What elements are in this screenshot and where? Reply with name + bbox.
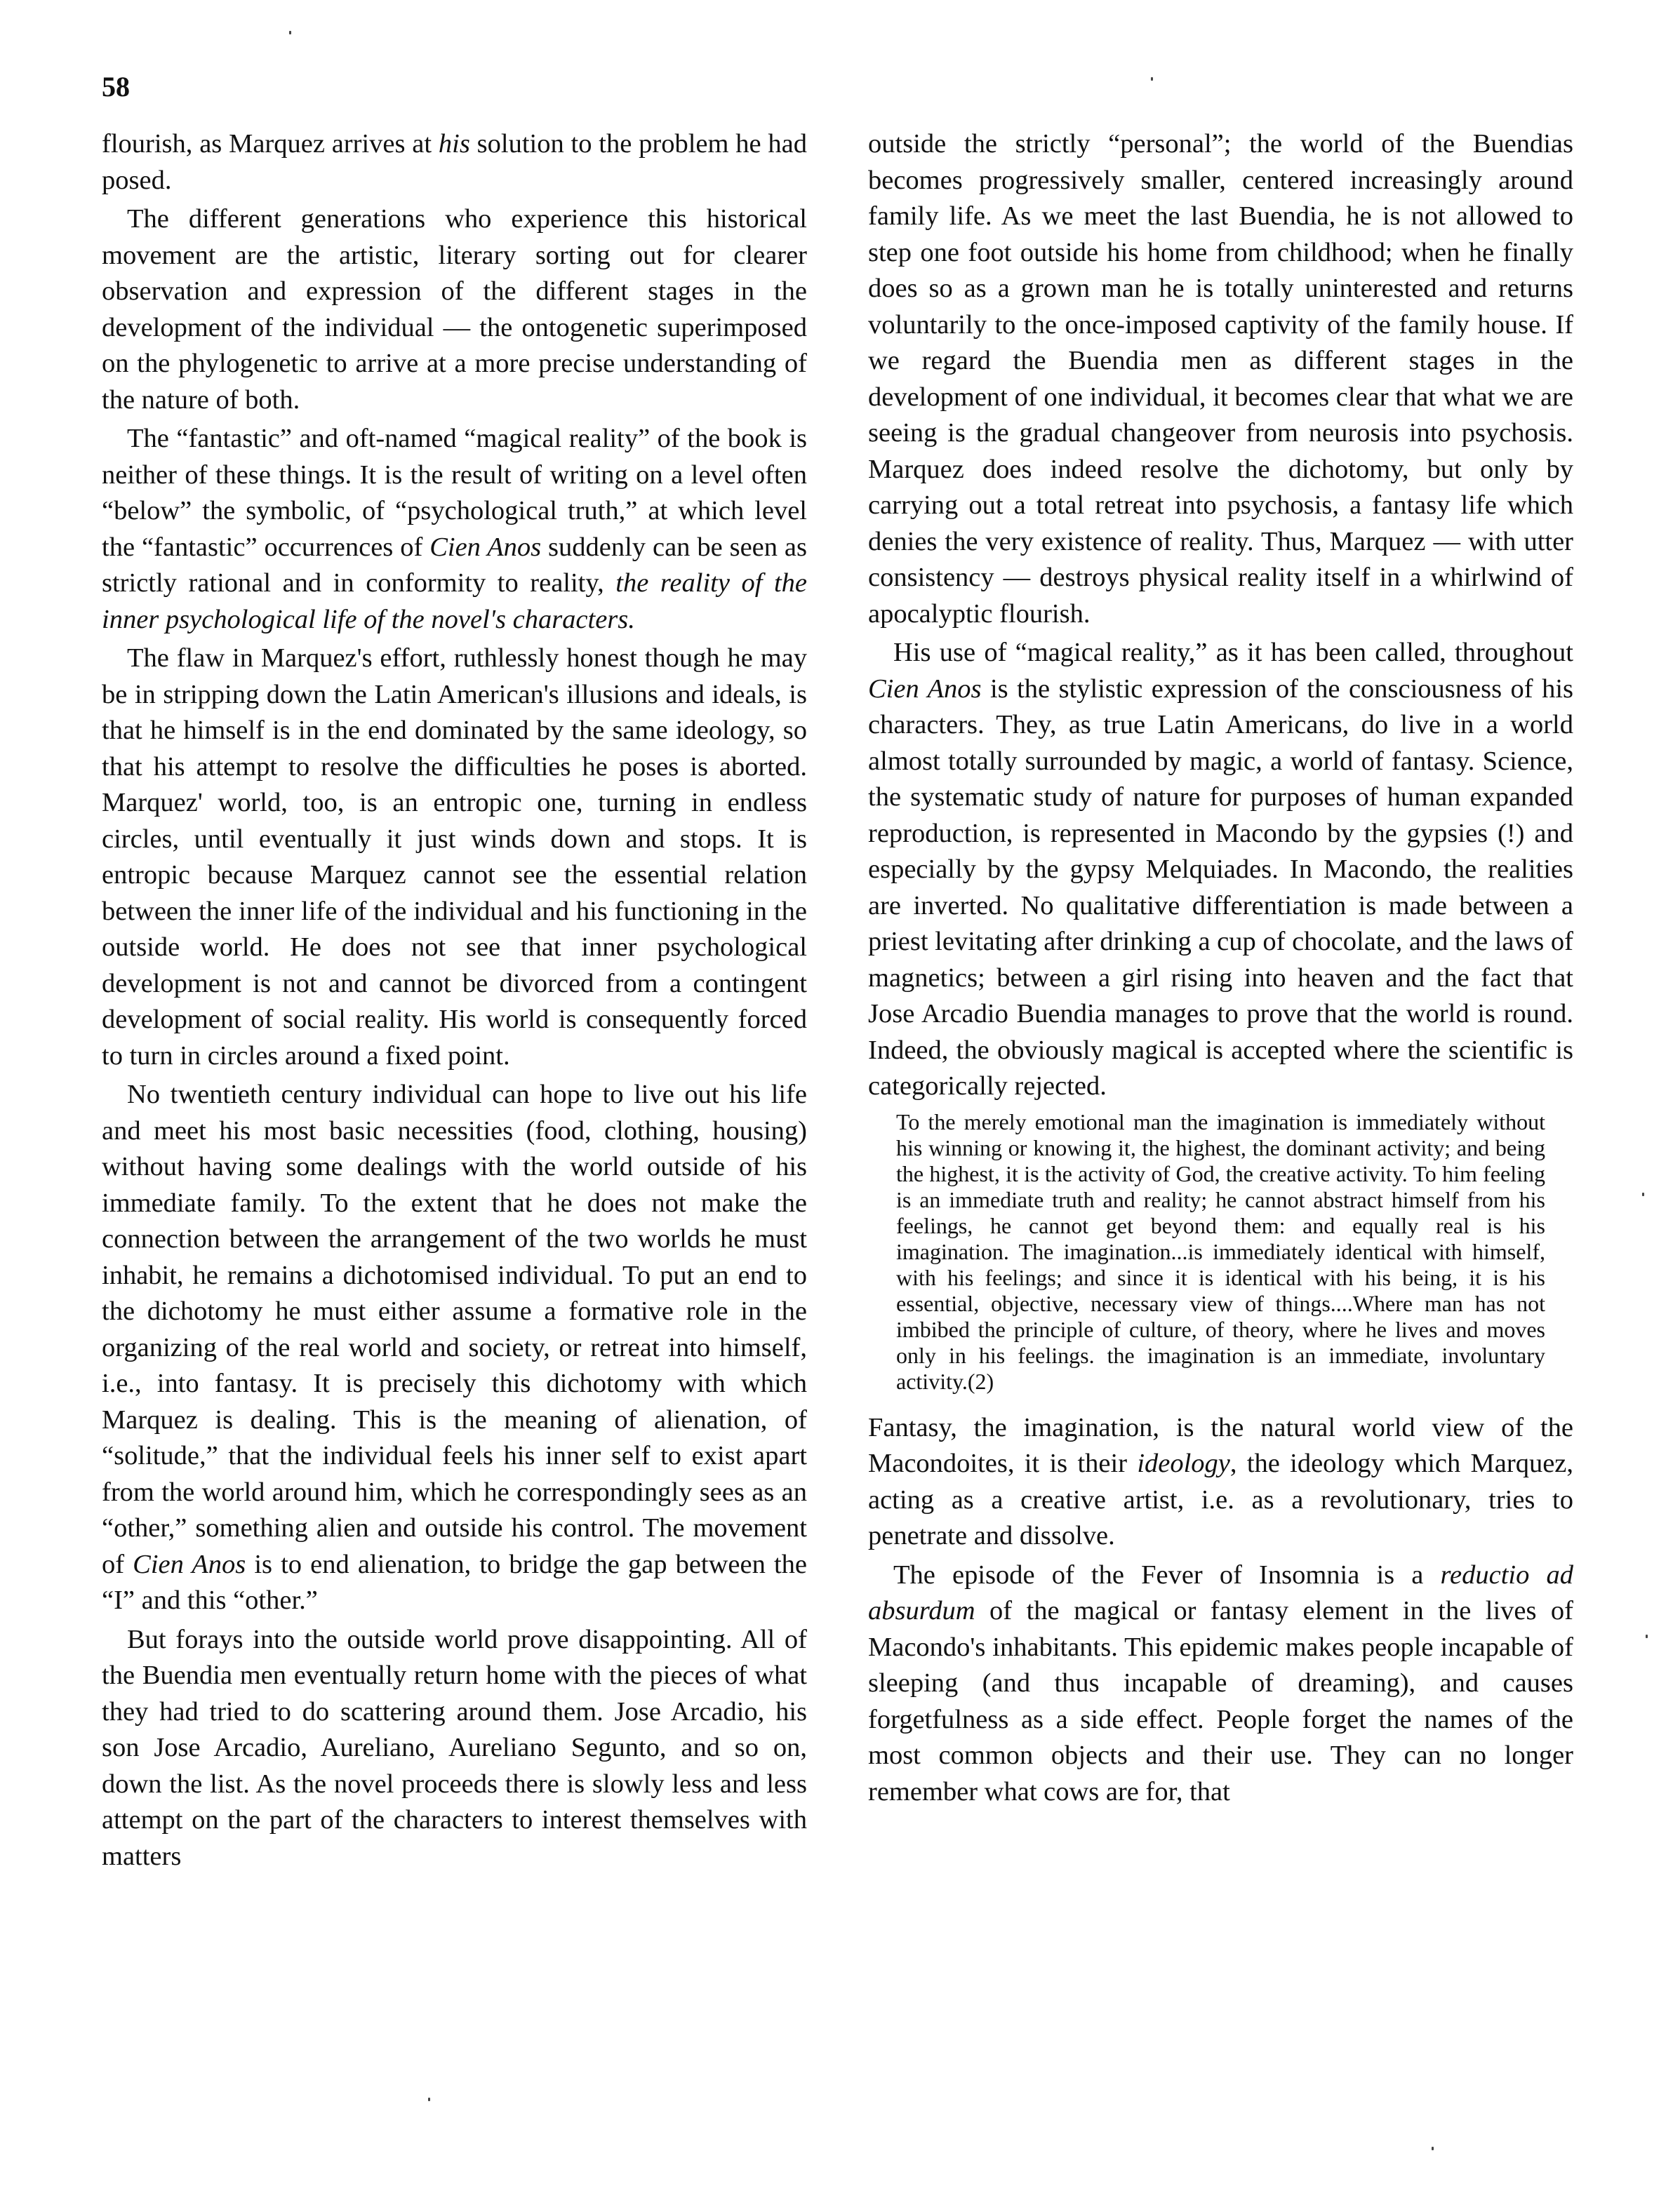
scan-speck bbox=[1646, 1635, 1648, 1638]
page-number: 58 bbox=[102, 70, 130, 104]
paragraph: But forays into the outside world prove … bbox=[102, 1622, 807, 1875]
right-column: outside the strictly “personal”; the wor… bbox=[868, 126, 1573, 1813]
scan-speck bbox=[1642, 1193, 1644, 1196]
text-run: His use of “magical reality,” as it has … bbox=[893, 638, 1573, 667]
text-run: flourish, as Marquez arrives at bbox=[102, 129, 439, 159]
text-run: No twentieth century individual can hope… bbox=[102, 1080, 807, 1579]
paragraph: His use of “magical reality,” as it has … bbox=[868, 635, 1573, 1105]
paragraph: The different generations who experience… bbox=[102, 201, 807, 418]
scan-speck bbox=[1432, 2147, 1434, 2150]
paragraph: No twentieth century individual can hope… bbox=[102, 1077, 807, 1619]
text-run: is the stylistic expression of the consc… bbox=[868, 674, 1573, 1101]
text-run: The episode of the Fever of Insomnia is … bbox=[893, 1560, 1441, 1590]
paragraph: flourish, as Marquez arrives at his solu… bbox=[102, 126, 807, 199]
paragraph: The “fantastic” and oft-named “magical r… bbox=[102, 421, 807, 638]
italic-text: Cien Anos bbox=[429, 532, 541, 562]
paragraph: Fantasy, the imagination, is the natural… bbox=[868, 1410, 1573, 1555]
scan-speck bbox=[1151, 77, 1153, 81]
italic-text: Cien Anos bbox=[868, 674, 981, 704]
scan-speck bbox=[428, 2098, 430, 2101]
paragraph: The flaw in Marquez's effort, ruthlessly… bbox=[102, 641, 807, 1074]
scan-speck bbox=[289, 31, 291, 34]
paragraph: The episode of the Fever of Insomnia is … bbox=[868, 1557, 1573, 1811]
italic-text: ideology bbox=[1137, 1449, 1230, 1478]
paragraph: outside the strictly “personal”; the wor… bbox=[868, 126, 1573, 632]
text-run: of the magical or fantasy element in the… bbox=[868, 1596, 1573, 1807]
block-quote: To the merely emotional man the imaginat… bbox=[896, 1109, 1545, 1395]
left-column: flourish, as Marquez arrives at his solu… bbox=[102, 126, 807, 1877]
italic-text: Cien Anos bbox=[133, 1550, 246, 1579]
italic-text: his bbox=[439, 129, 470, 159]
